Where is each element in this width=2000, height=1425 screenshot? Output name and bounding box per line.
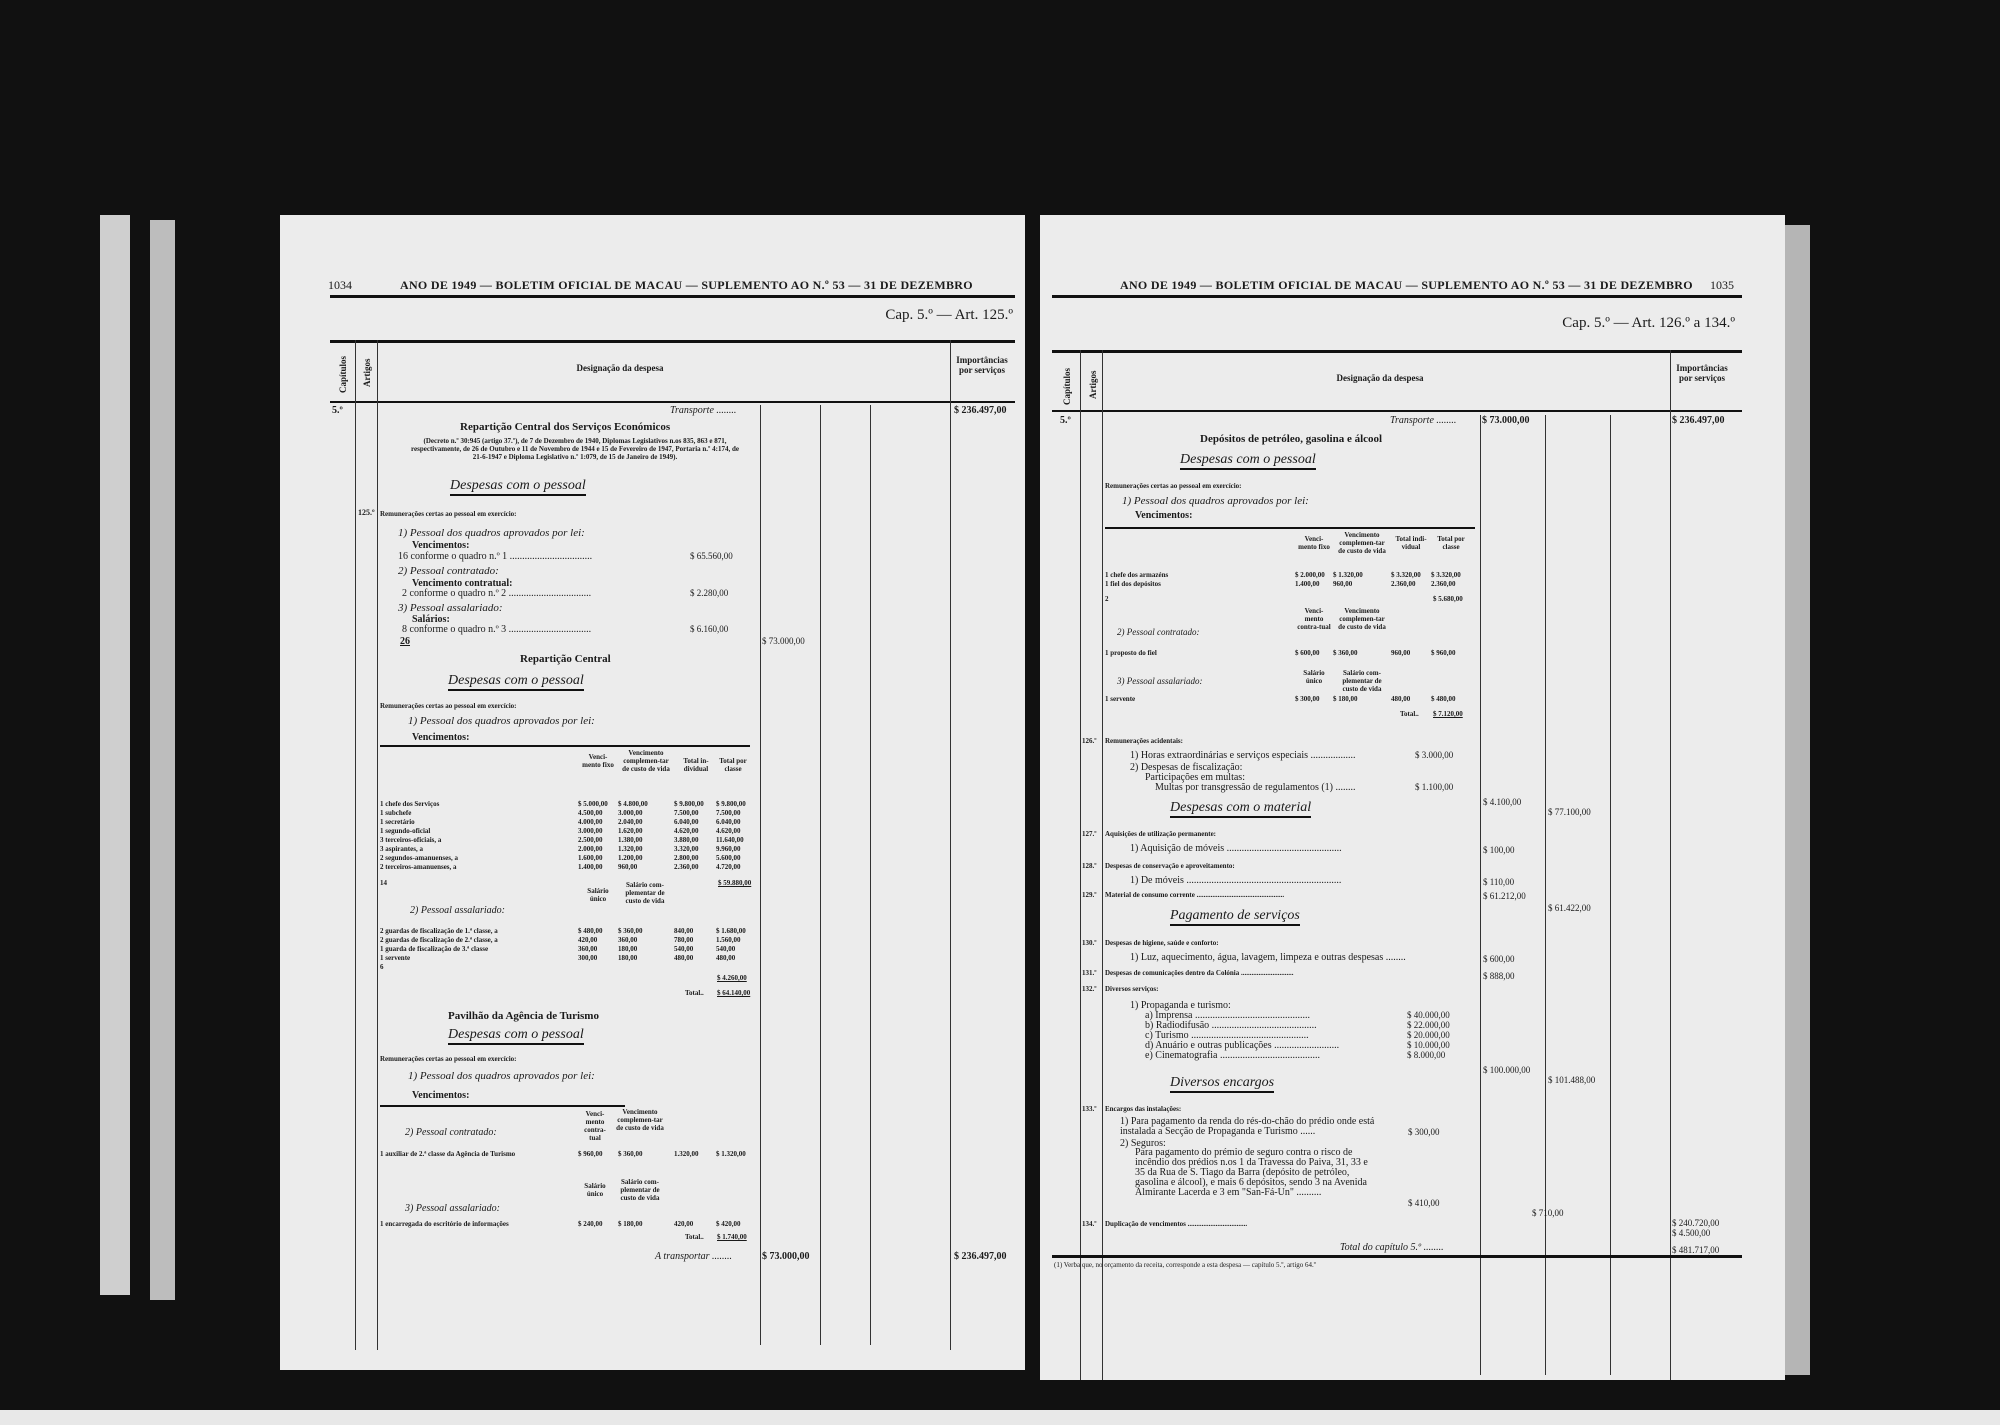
- value-quadro-2: $ 2.280,00: [690, 588, 728, 598]
- list-item-value: $ 22.000,00: [1407, 1020, 1450, 1030]
- row-value: 180,00: [618, 945, 637, 953]
- art133-total: $ 710,00: [1532, 1208, 1564, 1218]
- header-cell: Salário com-plementar de custo de vida: [620, 881, 670, 905]
- article-number: 131.º: [1082, 969, 1097, 977]
- section-subtitle: Despesas com o material: [1170, 800, 1311, 818]
- row-value: 4.620,00: [716, 827, 741, 835]
- row-value: 3.000,00: [618, 809, 643, 817]
- table-top-rule: [330, 340, 1015, 343]
- header-cell: Salário único: [1297, 669, 1331, 685]
- row-value: 1.400,00: [578, 863, 603, 871]
- row-value: 960,00: [618, 863, 637, 871]
- row-value: 3.320,00: [674, 845, 699, 853]
- row-value: 11.640,00: [716, 836, 744, 844]
- art127-line1: 1) Aquisição de móveis .................…: [1130, 843, 1342, 854]
- art128-value1: $ 110,00: [1483, 877, 1514, 887]
- page-number: 1034: [328, 278, 352, 293]
- row-label: 1 chefe dos armazéns: [1105, 571, 1168, 579]
- col-divider: [820, 405, 821, 1345]
- total-capitulo-label: Total do capítulo 5.º ........: [1340, 1242, 1444, 1253]
- book-edge-left: [100, 215, 130, 1295]
- col-importancias: Importâncias por serviços: [1672, 363, 1732, 383]
- section-title: Repartição Central: [520, 653, 611, 665]
- row-label: 2 guardas de fiscalização de 2.ª classe,…: [380, 936, 498, 944]
- row-value: 2.360,00: [674, 863, 699, 871]
- art130-title: Despesas de higiene, saúde e conforto:: [1105, 939, 1219, 947]
- header-cell: Salário único: [580, 887, 616, 903]
- art128-title: Despesas de conservação e aproveitamento…: [1105, 862, 1235, 870]
- item-1: 1) Pessoal dos quadros aprovados por lei…: [1122, 495, 1309, 507]
- art127-value1: $ 100,00: [1483, 845, 1515, 855]
- header-cell: Venci-mento contra-tual: [580, 1110, 610, 1142]
- article-number: 134.º: [1082, 1220, 1097, 1228]
- art130-value1: $ 600,00: [1483, 954, 1515, 964]
- row-value: 1.560,00: [716, 936, 741, 944]
- col-designacao: Designação da despesa: [560, 363, 680, 373]
- row-label: 1 encarregada do escritório de informaçõ…: [380, 1220, 509, 1228]
- row-label: 1 subchefe: [380, 809, 411, 817]
- article-number: 126.º: [1082, 737, 1097, 745]
- art132-title: Diversos serviços:: [1105, 985, 1158, 993]
- row-value: 6.040,00: [674, 818, 699, 826]
- row-label: 1 auxiliar de 2.ª classe da Agência de T…: [380, 1150, 515, 1158]
- row-value: 4.500,00: [578, 809, 603, 817]
- row-value: $ 9.800,00: [674, 800, 704, 808]
- table-bottom-rule: [1052, 1255, 1742, 1258]
- row-value: $ 420,00: [716, 1220, 741, 1228]
- row-value: $ 5.000,00: [578, 800, 608, 808]
- row-label: 3 aspirantes, a: [380, 845, 423, 853]
- art129-value1: $ 61.212,00: [1483, 891, 1526, 901]
- header-cell: Vencimento complemen-tar de custo de vid…: [615, 1108, 665, 1132]
- row-quadro-3: 8 conforme o quadro n.º 3 ..............…: [402, 624, 591, 635]
- art126-total: $ 77.100,00: [1548, 807, 1591, 817]
- item-2: 2) Pessoal contratado:: [398, 565, 499, 577]
- row-value: 360,00: [578, 945, 597, 953]
- transporte-label: Transporte ........: [670, 405, 736, 416]
- header-cell: Salário com-plementar de custo de vida: [615, 1178, 665, 1202]
- row-value: 1.600,00: [578, 854, 603, 862]
- running-head: ANO DE 1949 — BOLETIM OFICIAL DE MACAU —…: [400, 278, 973, 293]
- capitulo: 5.º: [332, 405, 343, 416]
- item-2-assalariado: 2) Pessoal assalariado:: [410, 905, 505, 916]
- row-value: 1.400,00: [1295, 580, 1320, 588]
- art128-line1: 1) De móveis ...........................…: [1130, 875, 1341, 886]
- col-capitulos: Capítulos: [338, 356, 348, 393]
- row-quadro-1: 16 conforme o quadro n.º 1 .............…: [398, 551, 592, 562]
- page-number: 1035: [1710, 278, 1734, 293]
- quadro-2-total: $ 1.740,00: [717, 1233, 747, 1241]
- art133-line1: 1) Para pagamento da renda do rés-do-chã…: [1120, 1117, 1375, 1137]
- quadro-1-count: 14: [380, 879, 387, 887]
- header-cell: Venci-mento fixo: [1297, 535, 1331, 551]
- caption: Cap. 5.º — Art. 125.º: [885, 307, 1013, 324]
- depositos-total: $ 5.680,00: [1433, 595, 1463, 603]
- row-value: $ 1.320,00: [716, 1150, 746, 1158]
- depositos-item3: 3) Pessoal assalariado:: [1117, 676, 1203, 686]
- row-label: 1 servente: [380, 954, 410, 962]
- row-value: 960,00: [1333, 580, 1352, 588]
- row-value: 2.000,00: [578, 845, 603, 853]
- row-value: 4.720,00: [716, 863, 741, 871]
- col-divider: [950, 340, 951, 1350]
- value-quadro-3: $ 6.160,00: [690, 624, 728, 634]
- vencimentos-label: Vencimentos:: [412, 732, 469, 743]
- row-value: 2.800,00: [674, 854, 699, 862]
- row-value: 1.320,00: [674, 1150, 699, 1158]
- a-transportar-label: A transportar ........: [655, 1251, 732, 1262]
- row-label: 1 proposto do fiel: [1105, 649, 1157, 657]
- head-rule: [1052, 295, 1742, 298]
- list-item-value: $ 10.000,00: [1407, 1040, 1450, 1050]
- row-value: 420,00: [674, 1220, 693, 1228]
- art126-value1: $ 3.000,00: [1415, 750, 1453, 760]
- row-value: 480,00: [1391, 695, 1410, 703]
- row-value: 1.380,00: [618, 836, 643, 844]
- row-label: 1 segundo-oficial: [380, 827, 430, 835]
- header-cell: Venci-mento contra-tual: [1297, 607, 1331, 631]
- row-value: 840,00: [674, 927, 693, 935]
- col-artigos: Artigos: [1088, 371, 1098, 400]
- art134-value: $ 4.500,00: [1672, 1228, 1710, 1238]
- remuneracoes-heading: Remunerações certas ao pessoal em exercí…: [1105, 482, 1242, 490]
- art130-line1: 1) Luz, aquecimento, água, lavagem, limp…: [1130, 952, 1406, 963]
- row-value: 4.620,00: [674, 827, 699, 835]
- a-transportar-value: $ 73.000,00: [762, 1251, 810, 1262]
- row-value: $ 1.680,00: [716, 927, 746, 935]
- list-item: e) Cinematografia ......................…: [1145, 1050, 1320, 1061]
- row-value: 3.000,00: [578, 827, 603, 835]
- scanner-strip: [0, 1410, 2000, 1425]
- row-label: 1 guarda de fiscalização de 3.ª classe: [380, 945, 488, 953]
- row-value: $ 4.800,00: [618, 800, 648, 808]
- row-value: $ 480,00: [1431, 695, 1456, 703]
- col-divider: [1102, 350, 1103, 1380]
- a-transportar-importancia: $ 236.497,00: [954, 1251, 1007, 1262]
- header-cell: Venci-mento fixo: [580, 753, 616, 769]
- art126-line4: Multas por transgressão de regulamentos …: [1155, 782, 1356, 793]
- section-title: Pavilhão da Agência de Turismo: [448, 1010, 599, 1022]
- row-value: 480,00: [674, 954, 693, 962]
- depositos-table: Venci-mento fixo Vencimento complemen-ta…: [1105, 527, 1475, 729]
- row-value: $ 180,00: [618, 1220, 643, 1228]
- grand-total: $ 64.140,00: [717, 989, 750, 997]
- transporte-value: $ 236.497,00: [954, 405, 1007, 416]
- art132-total: $ 101.488,00: [1548, 1075, 1595, 1085]
- col-divider: [1545, 415, 1546, 1375]
- header-bottom-rule: [330, 401, 1015, 403]
- row-value: 540,00: [674, 945, 693, 953]
- quadro-2-item2: 2) Pessoal contratado:: [405, 1127, 497, 1138]
- list-item-value: $ 8.000,00: [1407, 1050, 1445, 1060]
- row-value: 360,00: [618, 936, 637, 944]
- col-divider: [1480, 415, 1481, 1375]
- row-value: 480,00: [716, 954, 735, 962]
- footnote: (1) Verba que, no orçamento da receita, …: [1054, 1261, 1316, 1269]
- article-number: 130.º: [1082, 939, 1097, 947]
- depositos-item2: 2) Pessoal contratado:: [1117, 627, 1200, 637]
- row-value: $ 960,00: [1431, 649, 1456, 657]
- row-label: 1 chefe dos Serviços: [380, 800, 439, 808]
- art127-title: Aquisições de utilização permanente:: [1105, 830, 1216, 838]
- book-edge-left-2: [150, 220, 175, 1300]
- right-page: ANO DE 1949 — BOLETIM OFICIAL DE MACAU —…: [1040, 215, 1785, 1380]
- row-value: 2.360,00: [1431, 580, 1456, 588]
- art129-title: Material de consumo corrente ...........…: [1105, 891, 1284, 899]
- col-divider: [1080, 350, 1081, 1380]
- row-value: 7.500,00: [674, 809, 699, 817]
- row-quadro-2: 2 conforme o quadro n.º 2 ..............…: [402, 588, 591, 599]
- row-value: 1.320,00: [618, 845, 643, 853]
- col-designacao: Designação da despesa: [1320, 373, 1440, 383]
- col-divider: [870, 405, 871, 1345]
- row-label: 1 servente: [1105, 695, 1135, 703]
- art131-title: Despesas de comunicações dentro da Colón…: [1105, 969, 1293, 977]
- art134-title: Duplicação de vencimentos ..............…: [1105, 1220, 1247, 1228]
- art126-subtotal: $ 4.100,00: [1483, 797, 1521, 807]
- head-rule: [330, 295, 1015, 298]
- col-divider: [377, 340, 378, 1350]
- row-value: $ 3.320,00: [1431, 571, 1461, 579]
- row-value: $ 360,00: [618, 927, 643, 935]
- col-divider: [355, 340, 356, 1350]
- header-cell: Total por classe: [716, 757, 750, 773]
- row-value: 5.600,00: [716, 854, 741, 862]
- art133-value1: $ 300,00: [1408, 1127, 1440, 1137]
- grand-total-label: Total..: [685, 989, 704, 997]
- vencimentos-label: Vencimentos:: [412, 1090, 469, 1101]
- article-number: 128.º: [1082, 862, 1097, 870]
- row-value: 2.500,00: [578, 836, 603, 844]
- quadro-2-item3: 3) Pessoal assalariado:: [405, 1203, 500, 1214]
- row-value: $ 240,00: [578, 1220, 603, 1228]
- row-value: $ 300,00: [1295, 695, 1320, 703]
- item-3: 3) Pessoal assalariado:: [398, 602, 503, 614]
- section-note: (Decreto n.º 30:945 (artigo 37.º), de 7 …: [410, 437, 740, 461]
- art129-total: $ 61.422,00: [1548, 903, 1591, 913]
- vencimentos-label: Vencimentos:: [412, 540, 469, 551]
- transporte-value: $ 73.000,00: [1482, 415, 1530, 426]
- servicos-total: $ 240.720,00: [1672, 1218, 1719, 1228]
- header-cell: Vencimento complemen-tar de custo de vid…: [1335, 607, 1389, 631]
- quadro-1-total: $ 59.880,00: [718, 879, 751, 887]
- header-cell: Total indi-vidual: [1393, 535, 1429, 551]
- art126-line1: 1) Horas extraordinárias e serviços espe…: [1130, 750, 1355, 761]
- row-value: $ 360,00: [1333, 649, 1358, 657]
- book-edge-right: [1785, 225, 1810, 1375]
- article-number: 127.º: [1082, 830, 1097, 838]
- header-cell: Total in-dividual: [676, 757, 716, 773]
- art132-subtotal: $ 100.000,00: [1483, 1065, 1530, 1075]
- section-subtitle: Diversos encargos: [1170, 1075, 1274, 1093]
- art133-title: Encargos das instalações:: [1105, 1105, 1181, 1113]
- row-value: 780,00: [674, 936, 693, 944]
- header-cell: Total por classe: [1433, 535, 1469, 551]
- row-label: 2 guardas de fiscalização de 1.ª classe,…: [380, 927, 498, 935]
- row-value: $ 180,00: [1333, 695, 1358, 703]
- art126-value4: $ 1.100,00: [1415, 782, 1453, 792]
- col-divider: [1610, 415, 1611, 1375]
- row-value: $ 360,00: [618, 1150, 643, 1158]
- art133-value3: $ 410,00: [1408, 1198, 1440, 1208]
- header-cell: Vencimento complemen-tar de custo de vid…: [1335, 531, 1389, 555]
- row-value: 960,00: [1391, 649, 1410, 657]
- quadro-2-total-label: Total..: [685, 1233, 704, 1241]
- section-title: Repartição Central dos Serviços Económic…: [460, 421, 670, 433]
- section-subtitle: Despesas com o pessoal: [450, 478, 586, 496]
- row-value: $ 600,00: [1295, 649, 1320, 657]
- depositos-total-label: Total..: [1400, 710, 1419, 718]
- capitulo: 5.º: [1060, 415, 1071, 426]
- article-number: 133.º: [1082, 1105, 1097, 1113]
- row-value: 2.040,00: [618, 818, 643, 826]
- row-value: 300,00: [578, 954, 597, 962]
- running-head: ANO DE 1949 — BOLETIM OFICIAL DE MACAU —…: [1120, 278, 1693, 293]
- remuneracoes-heading: Remunerações certas ao pessoal em exercí…: [380, 702, 517, 710]
- depositos-grand-total: $ 7.120,00: [1433, 710, 1463, 718]
- list-item-value: $ 40.000,00: [1407, 1010, 1450, 1020]
- header-cell: Vencimento complemen-tar de custo de vid…: [620, 749, 672, 773]
- art131-value1: $ 888,00: [1483, 971, 1515, 981]
- item-1: 1) Pessoal dos quadros aprovados por lei…: [398, 527, 585, 539]
- row-value: 6.040,00: [716, 818, 741, 826]
- row-label: 1 secretário: [380, 818, 415, 826]
- item-1: 1) Pessoal dos quadros aprovados por lei…: [408, 1070, 595, 1082]
- quadro-1b-count: 6: [380, 963, 384, 971]
- row-label: 3 terceiros-oficiais, a: [380, 836, 441, 844]
- list-item-value: $ 20.000,00: [1407, 1030, 1450, 1040]
- row-label: 2 segundos-amanuenses, a: [380, 854, 458, 862]
- section-subtitle: Pagamento de serviços: [1170, 908, 1300, 926]
- col-artigos: Artigos: [362, 359, 372, 388]
- article-number: 125.º: [358, 508, 375, 517]
- section-title: Depósitos de petróleo, gasolina e álcool: [1200, 433, 1382, 445]
- col-importancias: Importâncias por serviços: [952, 355, 1012, 375]
- row-value: $ 2.000,00: [1295, 571, 1325, 579]
- row-value: 9.960,00: [716, 845, 741, 853]
- row-label: 1 fiel dos depósitos: [1105, 580, 1161, 588]
- transporte-importancia: $ 236.497,00: [1672, 415, 1725, 426]
- row-value: $ 480,00: [578, 927, 603, 935]
- section-subtitle: Despesas com o pessoal: [448, 673, 584, 691]
- item-1: 1) Pessoal dos quadros aprovados por lei…: [408, 715, 595, 727]
- art133-line3: Para pagamento do prémio de seguro contr…: [1135, 1148, 1375, 1198]
- col-divider: [1670, 350, 1671, 1380]
- row-value: $ 9.800,00: [716, 800, 746, 808]
- row-value: 7.500,00: [716, 809, 741, 817]
- transporte-label: Transporte ........: [1390, 415, 1456, 426]
- row-value: 3.880,00: [674, 836, 699, 844]
- table-top-rule: [1052, 350, 1742, 353]
- remuneracoes-heading: Remunerações certas ao pessoal em exercí…: [380, 1055, 517, 1063]
- row-value: 180,00: [618, 954, 637, 962]
- left-page: 1034 ANO DE 1949 — BOLETIM OFICIAL DE MA…: [280, 215, 1025, 1370]
- quadro-1b-total: $ 4.260,00: [717, 974, 747, 982]
- vencimentos-label: Vencimentos:: [1135, 510, 1192, 521]
- article-number: 132.º: [1082, 985, 1097, 993]
- subtotal: $ 73.000,00: [762, 636, 805, 646]
- art126-title: Remunerações acidentais:: [1105, 737, 1183, 745]
- article-number: 129.º: [1082, 891, 1097, 899]
- row-label: 2 terceiros-amanuenses, a: [380, 863, 457, 871]
- caption: Cap. 5.º — Art. 126.º a 134.º: [1562, 315, 1735, 332]
- row-value: 4.000,00: [578, 818, 603, 826]
- row-value: 420,00: [578, 936, 597, 944]
- row-value: 1.200,00: [618, 854, 643, 862]
- section-subtitle: Despesas com o pessoal: [448, 1027, 584, 1045]
- total-capitulo: $ 481.717,00: [1672, 1245, 1719, 1255]
- remuneracoes-heading: Remunerações certas ao pessoal em exercí…: [380, 510, 517, 518]
- quadro-2-rule: [380, 1105, 625, 1107]
- depositos-count: 2: [1105, 595, 1109, 603]
- header-cell: Salário com-plementar de custo de vida: [1335, 669, 1389, 693]
- row-value: $ 1.320,00: [1333, 571, 1363, 579]
- row-value: 1.620,00: [618, 827, 643, 835]
- header-bottom-rule: [1052, 410, 1742, 412]
- row-value: $ 960,00: [578, 1150, 603, 1158]
- row-value: $ 3.320,00: [1391, 571, 1421, 579]
- count-total: 26: [400, 636, 410, 647]
- header-cell: Salário único: [580, 1182, 610, 1198]
- row-value: 540,00: [716, 945, 735, 953]
- col-divider: [760, 405, 761, 1345]
- row-value: 2.360,00: [1391, 580, 1416, 588]
- value-quadro-1: $ 65.560,00: [690, 551, 733, 561]
- col-capitulos: Capítulos: [1062, 368, 1072, 405]
- section-subtitle: Despesas com o pessoal: [1180, 452, 1316, 470]
